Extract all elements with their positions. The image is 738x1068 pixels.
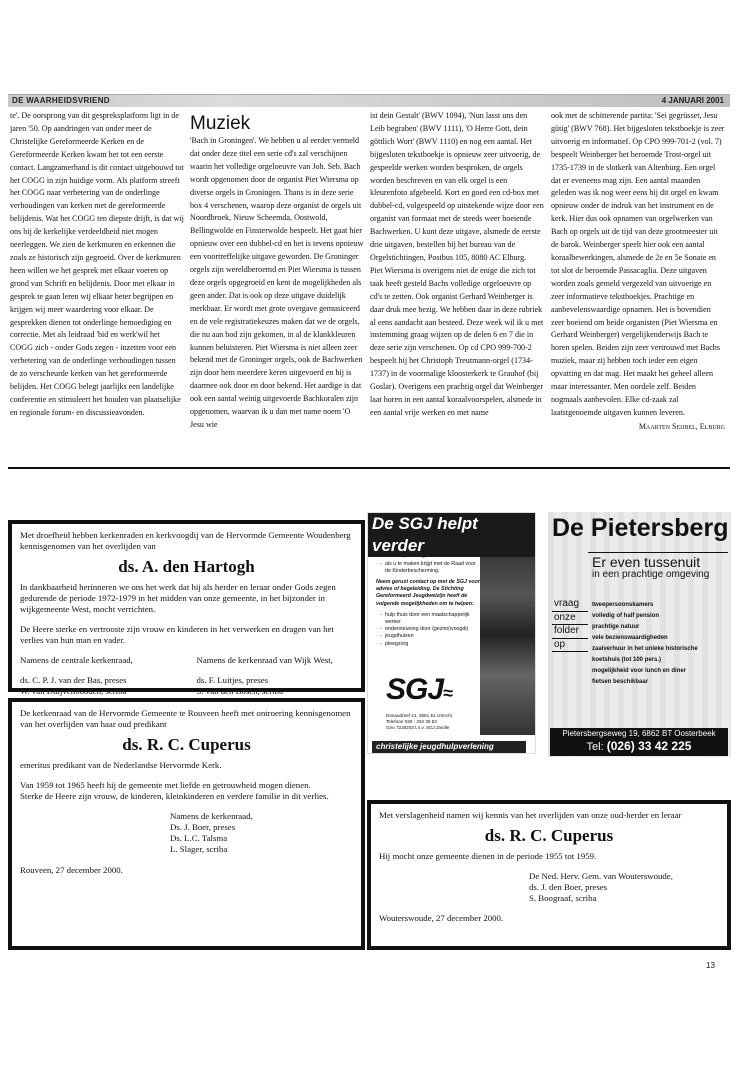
side-word: vraag xyxy=(552,598,588,612)
notice-paragraph: Sterke de Heere zijn vrouw, de kinderen,… xyxy=(20,791,353,802)
page-header: DE WAARHEIDSVRIEND 4 JANUARI 2001 xyxy=(8,94,730,107)
ad-subtitle: Er even tussenuit xyxy=(592,554,700,570)
signature-line: S. van den Bosch, scriba xyxy=(197,686,354,697)
ad-address: Donaudreef 21, 3561 EL Utrecht Telefoon … xyxy=(386,713,452,731)
signature-line: Ds. L.C. Talsma xyxy=(170,833,353,844)
signature-line: L. Slager, scriba xyxy=(170,844,353,855)
place-date: Rouveen, 27 december 2000. xyxy=(20,865,353,876)
article-column-3: ist dein Gestalt' (BWV 1094), 'Nun lasst… xyxy=(370,110,544,420)
signature-heading: Namens de kerkenraad van Wijk West, xyxy=(197,655,354,666)
signature-line: ds. F. Luitjes, preses xyxy=(197,675,354,686)
signature-line: ds. J. den Boer, preses xyxy=(529,882,719,893)
notice-intro: Met verslagenheid namen wij kennis van h… xyxy=(379,810,719,821)
signatures: Namens de kerkenraad, Ds. J. Boer, prese… xyxy=(170,811,353,855)
feature-item: mogelijkheid voor lunch en diner xyxy=(592,666,727,677)
ad-address: Pietersbergseweg 19, 6862 BT Oosterbeek xyxy=(550,728,728,739)
sgj-logo: SGJ≈ xyxy=(386,673,452,707)
ad-photo xyxy=(480,535,535,735)
notice-paragraph: Hij mocht onze gemeente dienen in de per… xyxy=(379,851,719,862)
column-text: Piet Wiersma is overigens niet de enige … xyxy=(370,265,544,420)
page-number: 13 xyxy=(706,961,715,970)
ad-italic-text: Neem gerust contact op met de SGJ voor a… xyxy=(376,579,481,608)
advertisement-sgj: De SGJ helpt verder als het niet meer ga… xyxy=(367,512,536,754)
signature-line: ds. C. P. J. van der Bas, preses xyxy=(20,675,177,686)
column-text: 'Bach in Groningen'. We hebben u al eerd… xyxy=(190,135,364,432)
feature-item: vele bezienswaardigheden xyxy=(592,633,727,644)
deceased-name: ds. R. C. Cuperus xyxy=(379,825,719,847)
signature-line: Ds. J. Boer, preses xyxy=(170,822,353,833)
phone-label: Tel: xyxy=(587,741,604,753)
ad-title: De Pietersberg xyxy=(548,514,731,542)
article-column-2: Muziek 'Bach in Groningen'. We hebben u … xyxy=(190,110,364,432)
ad-features: tweepersoonskamers volledig of half pens… xyxy=(592,600,727,688)
obituary-notice-cuperus-rouveen: De kerkenraad van de Hervormde Gemeente … xyxy=(8,698,365,950)
ad-bullet: pleegzorg xyxy=(385,641,481,648)
ad-bullet: als u te maken krijgt met de Raad voor d… xyxy=(385,561,481,575)
obituary-notice-cuperus-wouterswoude: Met verslagenheid namen wij kennis van h… xyxy=(367,800,731,950)
signatures: De Ned. Herv. Gem. van Wouterswoude, ds.… xyxy=(529,871,719,904)
feature-item: prachtige natuur xyxy=(592,622,727,633)
issue-date: 4 JANUARI 2001 xyxy=(662,95,724,107)
notice-paragraph: In dankbaarheid herinneren we ons het we… xyxy=(20,582,353,615)
ad-bullet: hulp thuis door een maatschappelijk werk… xyxy=(385,612,481,626)
logo-text: SGJ xyxy=(386,673,443,706)
side-word: op xyxy=(552,639,588,653)
article-column-4: ook met de schitterende partita: 'Sei ge… xyxy=(551,110,725,434)
ad-side-text: vraag onze folder op xyxy=(552,598,588,652)
side-word: folder xyxy=(552,625,588,639)
ad-contact: Pietersbergseweg 19, 6862 BT Oosterbeek … xyxy=(550,728,728,756)
obituary-notice-hartogh: Met droefheid hebben kerkenraden en kerk… xyxy=(8,520,365,692)
feature-item: tweepersoonskamers xyxy=(592,600,727,611)
phone-number: (026) 33 42 225 xyxy=(607,739,692,753)
section-title: Muziek xyxy=(190,114,364,134)
notice-intro: Met droefheid hebben kerkenraden en kerk… xyxy=(20,530,353,552)
side-word: onze xyxy=(552,612,588,626)
ad-bullet: ondersteuning door (gezins)voogdij xyxy=(385,626,481,633)
ad-footer: christelijke jeugdhulpverlening xyxy=(372,741,526,753)
feature-item: volledig of half pension xyxy=(592,611,727,622)
signatures: Namens de centrale kerkenraad, ds. C. P.… xyxy=(20,655,353,697)
address-line: Giro 7228203 t.n.v. SGJ Zwolle xyxy=(386,725,452,731)
signature-line: De Ned. Herv. Gem. van Wouterswoude, xyxy=(529,871,719,882)
article-byline: Maarten Seijbel, Elburg xyxy=(551,421,725,434)
ad-title: De SGJ helpt verder xyxy=(368,513,535,557)
signature-line: Namens de kerkenraad, xyxy=(170,811,353,822)
column-text: ook met de schitterende partita: 'Sei ge… xyxy=(551,110,725,420)
publication-name: DE WAARHEIDSVRIEND xyxy=(12,95,110,107)
notice-paragraph: Van 1959 tot 1965 heeft hij de gemeente … xyxy=(20,780,353,791)
feature-item: zaalverhuur in het unieke historische ko… xyxy=(592,644,727,666)
divider xyxy=(588,552,728,553)
flame-icon: ≈ xyxy=(443,683,452,703)
notice-paragraph: emeritus predikant van de Nederlandse He… xyxy=(20,760,353,771)
feature-item: fietsen beschikbaar xyxy=(592,677,727,688)
section-divider xyxy=(8,467,730,469)
deceased-name: ds. R. C. Cuperus xyxy=(20,734,353,756)
article-column-1: te'. De oorsprong van dit gespreksplatfo… xyxy=(10,110,184,420)
ad-bullet: jeugdhuizen xyxy=(385,633,481,640)
advertisement-pietersberg: De Pietersberg Er even tussenuit in een … xyxy=(548,512,731,757)
signature-line: W. van Duijvenbooden, scriba xyxy=(20,686,177,697)
signature-line: S. Boograaf, scriba xyxy=(529,893,719,904)
ad-phone: Tel: (026) 33 42 225 xyxy=(550,739,728,754)
column-text: te'. De oorsprong van dit gespreksplatfo… xyxy=(10,110,184,420)
place-date: Wouterswoude, 27 december 2000. xyxy=(379,913,719,924)
deceased-name: ds. A. den Hartogh xyxy=(20,556,353,578)
notice-paragraph: De Heere sterke en vertrooste zijn vrouw… xyxy=(20,624,353,646)
column-text: ist dein Gestalt' (BWV 1094), 'Nun lasst… xyxy=(370,110,544,265)
notice-intro: De kerkenraad van de Hervormde Gemeente … xyxy=(20,708,353,730)
ad-tagline: in een prachtige omgeving xyxy=(592,569,709,581)
signature-heading: Namens de centrale kerkenraad, xyxy=(20,655,177,666)
